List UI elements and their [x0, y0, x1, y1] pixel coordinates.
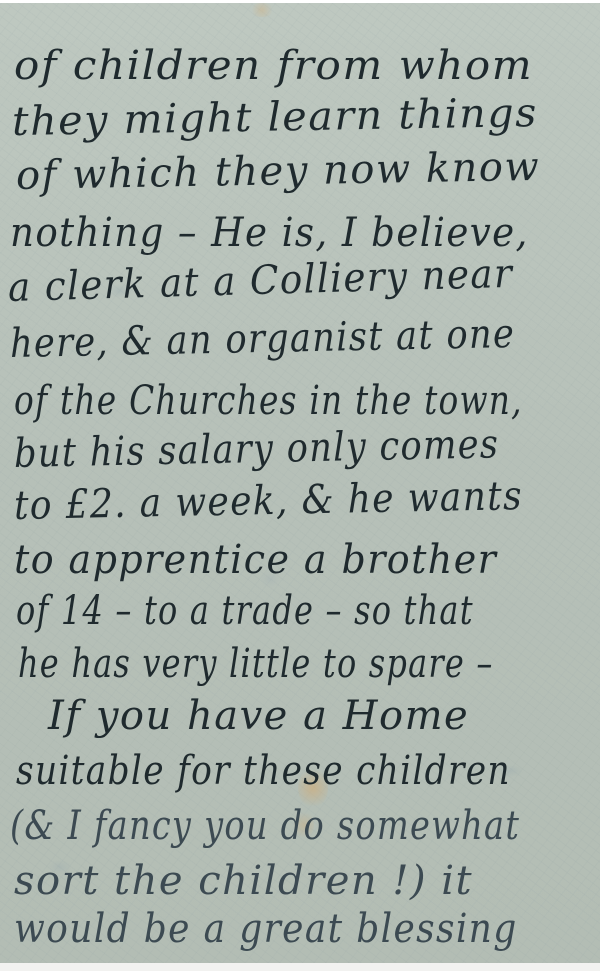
- handwritten-line: (& I fancy you do somewhat: [10, 803, 520, 849]
- handwritten-line: sort the children !) it: [14, 858, 473, 904]
- handwritten-line: nothing – He is, I believe,: [10, 210, 529, 256]
- handwritten-line: to £2. a week, & he wants: [14, 473, 524, 529]
- letter-page: of children from whom they might learn t…: [0, 3, 600, 963]
- handwritten-line: but his salary only comes: [14, 421, 500, 477]
- handwritten-line: they might learn things: [12, 90, 539, 145]
- handwritten-line: he has very little to spare –: [18, 641, 494, 687]
- handwritten-line: would be a great blessing: [14, 906, 518, 952]
- page-bottom-edge: [0, 963, 600, 971]
- handwritten-line: of children from whom: [14, 43, 533, 89]
- handwritten-line: If you have a Home: [48, 693, 469, 739]
- handwritten-line: of the Churches in the town,: [14, 378, 523, 424]
- handwritten-line: here, & an organist at one: [10, 311, 516, 367]
- handwritten-line: of 14 – to a trade – so that: [16, 588, 474, 634]
- foxing-stain: [250, 3, 274, 17]
- handwritten-line: suitable for these children: [16, 748, 511, 794]
- handwritten-line: of which they now know: [16, 144, 541, 199]
- handwritten-line: to apprentice a brother: [14, 537, 497, 583]
- handwritten-line: a clerk at a Colliery near: [7, 251, 513, 311]
